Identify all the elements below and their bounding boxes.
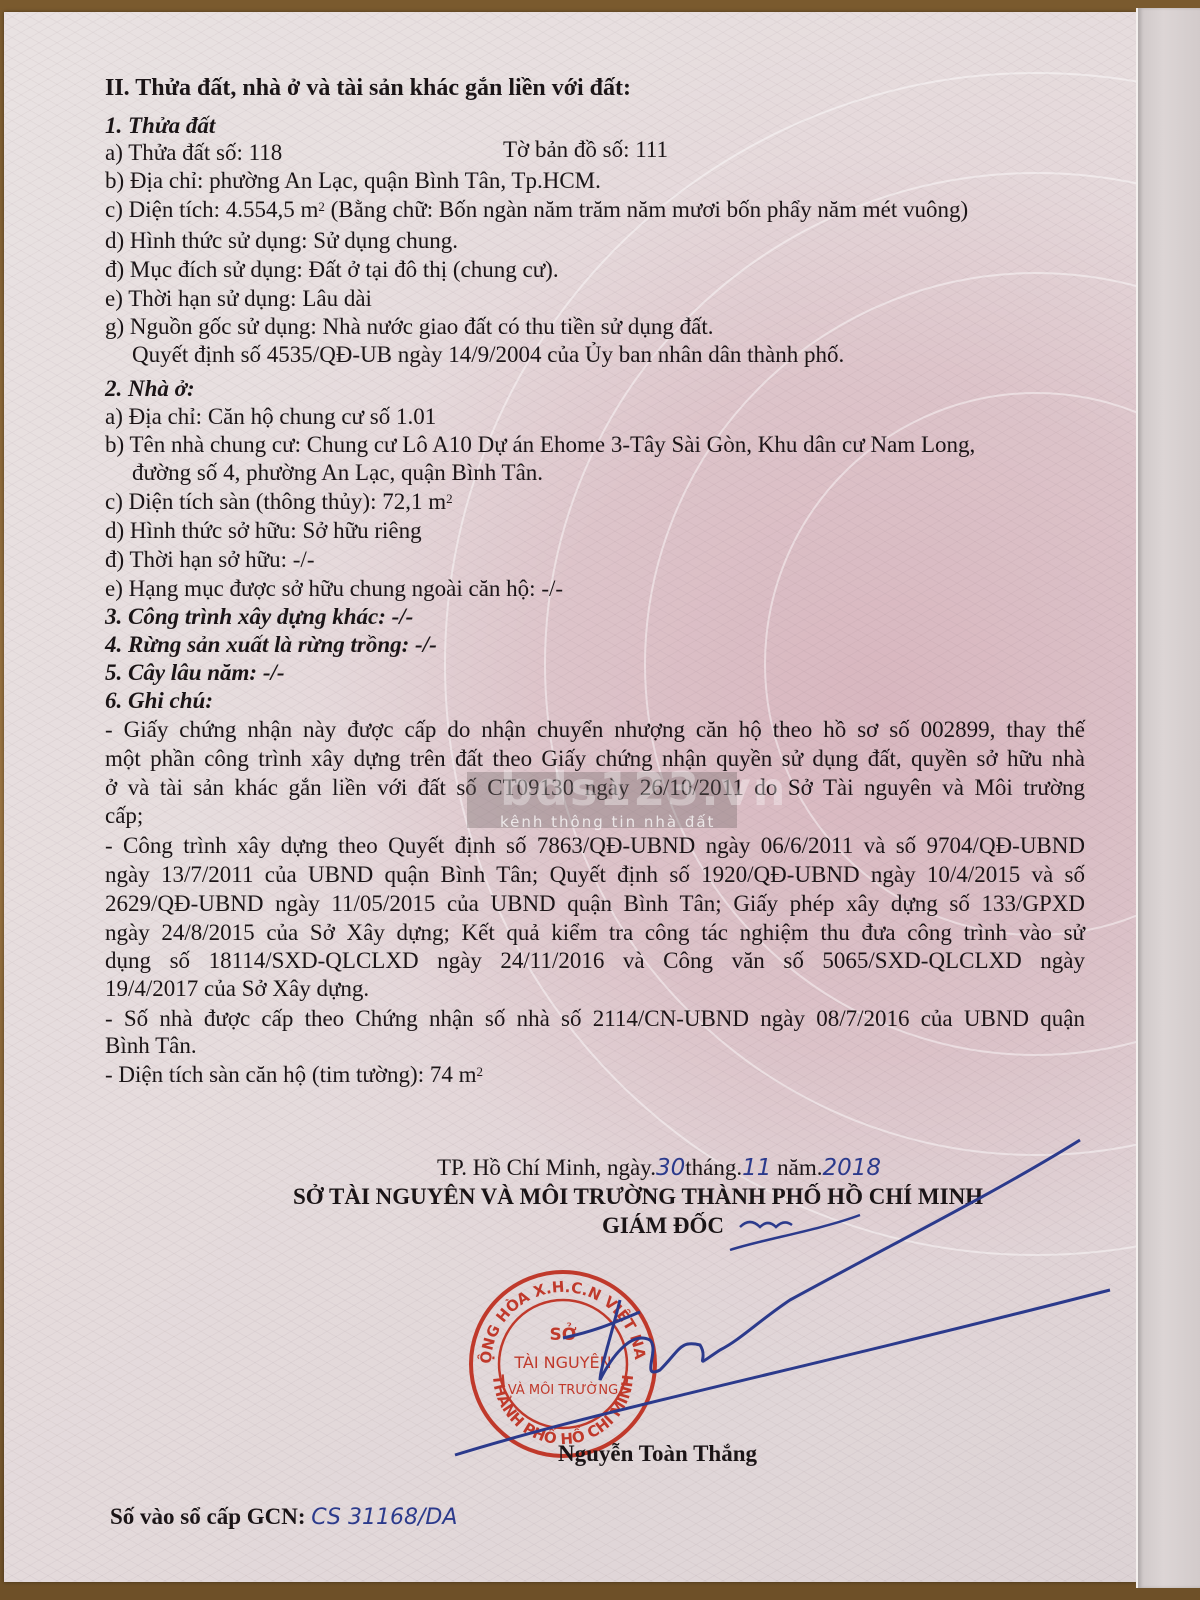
watermark-tagline: kênh thông tin nhà đất [500,813,715,831]
signing-date: TP. Hồ Chí Minh, ngày.30tháng.11 năm.201… [437,1154,881,1182]
wall-area-text: - Diện tích sàn căn hộ (tim tường): 74 m [105,1062,476,1087]
svg-text:VÀ MÔI TRƯỜNG: VÀ MÔI TRƯỜNG [508,1382,618,1398]
notes-heading: 6. Ghi chú: [105,687,213,715]
signing-month: 11 [742,1155,771,1181]
square-unit: 2 [318,199,325,214]
section-title: II. Thửa đất, nhà ở và tài sản khác gắn … [105,74,631,102]
shared-items: e) Hạng mục được sở hữu chung ngoài căn … [105,575,563,603]
land-heading: 1. Thửa đất [105,112,215,140]
usage-form: d) Hình thức sử dụng: Sử dụng chung. [105,227,458,255]
note-line: Bình Tân. [105,1032,197,1060]
house-address: a) Địa chỉ: Căn hộ chung cư số 1.01 [105,403,436,431]
watermark-brand: bds123.vn [500,762,787,816]
usage-purpose: đ) Mục đích sử dụng: Đất ở tại đô thị (c… [105,256,559,284]
note-line: 2629/QĐ-UBND ngày 11/05/2015 của UBND qu… [105,890,1085,918]
house-heading: 2. Nhà ở: [105,375,195,403]
month-label: tháng [685,1155,736,1180]
year-label: năm [777,1155,817,1180]
signing-day: 30 [656,1155,685,1181]
place-prefix: TP. Hồ Chí Minh, ngày [437,1155,650,1180]
map-sheet-number: 111 [635,137,668,162]
production-forest: 4. Rừng sản xuất là rừng trồng: -/- [105,631,437,659]
note-line: 19/4/2017 của Sở Xây dựng. [105,975,369,1003]
note-line: ngày 13/7/2011 của UBND quận Bình Tân; Q… [105,861,1085,889]
ownership-form: d) Hình thức sở hữu: Sở hữu riêng [105,517,422,545]
floor-area-label: c) Diện tích sàn (thông thủy): [105,489,376,514]
signing-year: 2018 [822,1155,881,1181]
svg-text:TÀI NGUYÊN: TÀI NGUYÊN [513,1353,611,1372]
issuing-authority: SỞ TÀI NGUYÊN VÀ MÔI TRƯỜNG THÀNH PHỐ HỒ… [293,1183,983,1211]
ownership-term: đ) Thời hạn sở hữu: -/- [105,546,314,574]
building-name-line-1: b) Tên nhà chung cư: Chung cư Lô A10 Dự … [105,431,975,459]
square-unit: 2 [476,1064,483,1079]
usage-decision: Quyết định số 4535/QĐ-UB ngày 14/9/2004 … [132,341,844,369]
registry-row: Số vào sổ cấp GCN: CS 31168/DA [110,1503,457,1532]
building-name-line-2: đường số 4, phường An Lạc, quận Bình Tân… [132,459,543,487]
perennial-trees: 5. Cây lâu năm: -/- [105,659,285,687]
land-area-row: c) Diện tích: 4.554,5 m2 (Bằng chữ: Bốn … [105,196,968,224]
land-area-label: c) Diện tích: [105,197,220,222]
land-area-words: (Bằng chữ: Bốn ngàn năm trăm năm mươi bố… [331,197,969,222]
svg-text:CỘNG HÒA X.H.C.N VIỆT NAM: CỘNG HÒA X.H.C.N VIỆT NAM [463,1264,649,1364]
official-seal-icon: CỘNG HÒA X.H.C.N VIỆT NAM THÀNH PHỐ HỒ C… [463,1264,663,1464]
signer-name: Nguyễn Toàn Thắng [558,1440,757,1468]
note-line: - Số nhà được cấp theo Chứng nhận số nhà… [105,1005,1085,1033]
note-line: - Giấy chứng nhận này được cấp do nhận c… [105,716,1085,744]
floor-area-value: 72,1 m [382,489,446,514]
note-line: ngày 24/8/2015 của Sở Xây dựng; Kết quả … [105,919,1085,947]
note-line: dụng số 18114/SXD-QLCLXD ngày 24/11/2016… [105,947,1085,975]
land-area-value: 4.554,5 m [226,197,319,222]
signer-position: GIÁM ĐỐC [602,1212,724,1240]
note-line: cấp; [105,802,143,830]
map-sheet-label: Tờ bản đồ số: [503,137,630,162]
svg-text:SỞ: SỞ [549,1321,576,1345]
land-address: b) Địa chỉ: phường An Lạc, quận Bình Tân… [105,167,601,195]
map-sheet-row: Tờ bản đồ số: 111 [503,136,668,164]
square-unit: 2 [446,491,453,506]
usage-origin: g) Nguồn gốc sử dụng: Nhà nước giao đất … [105,313,714,341]
usage-term: e) Thời hạn sử dụng: Lâu dài [105,285,372,313]
note-line: - Công trình xây dựng theo Quyết định số… [105,832,1085,860]
registry-label: Số vào sổ cấp GCN: [110,1504,306,1529]
certificate-content: II. Thửa đất, nhà ở và tài sản khác gắn … [0,0,1200,1600]
parcel-row: a) Thửa đất số: 118 [105,139,282,167]
parcel-label: a) Thửa đất số: [105,140,243,165]
registry-number: CS 31168/DA [311,1505,457,1530]
other-works: 3. Công trình xây dựng khác: -/- [105,603,413,631]
floor-area-row: c) Diện tích sàn (thông thủy): 72,1 m2 [105,488,453,516]
parcel-number: 118 [249,140,283,165]
note-line-area: - Diện tích sàn căn hộ (tim tường): 74 m… [105,1061,483,1089]
